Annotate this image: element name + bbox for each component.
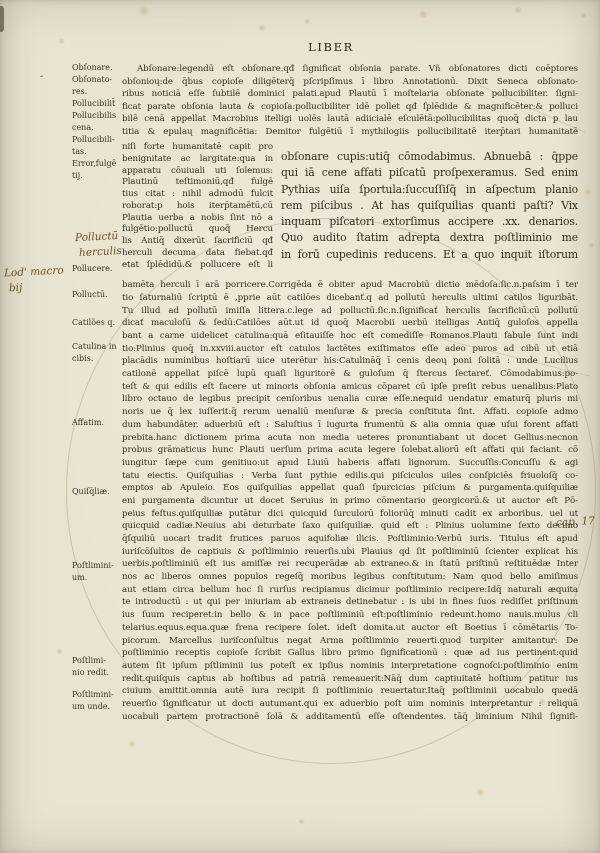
text-line: inquam piſcatori extorſimus accipere .xx… [281,214,578,230]
text-line: prebita.hanc dictionem prima acuta non m… [122,432,578,445]
text-line: bamēta herculi ī arā porricere.Corrigēda… [122,279,578,292]
text-line: Pythias uiſa ſportula:ſuccuſſiſq̄ in aſp… [281,182,578,198]
text-line: ciuium amittit.omnia autē iura recipit ſ… [122,685,578,698]
text-line: bant a carne uidelicet catulina:quā eſit… [122,330,578,343]
text-line: dicať maculoſū & ſedū:Catilōes aūt.ut id… [122,317,578,330]
text-line: herculi decuma data fiebat.qđ [122,248,273,260]
text-line: ius ſuum reciperet:in bello & in pace po… [122,609,578,622]
text-line: ficat parate obſonia lauta & copioſa:pol… [122,101,578,114]
text-line: apparatu cōuiuali uti ſolemus: [122,166,273,178]
text-line: teſt & qui edilis eſt facere ut minoris … [122,381,578,394]
text-line: nos ac liberos omnes populos regeſq̄ mor… [122,571,578,584]
text-line: probus grāmaticus hunc Plauti uerſum pri… [122,444,578,457]
text-line: iuriſcōſultos de captiuis & poſtliminio … [122,546,578,559]
text-line: obſonare cupis:utiq̄ cōmodabimus. Abnueb… [281,149,578,165]
text-line: lis Antiq̄ dixerūt ſacrificiū qđ [122,236,273,248]
text-line: iungitur ſæpe cum genitiuo:ut apud Liuiū… [122,457,578,470]
text-line: rem piſcibus . At has quiſquilias quanti… [281,198,578,214]
text-line: uocabuli partem protractionē ſolā & addi… [122,711,578,724]
text-line: tio:Plinius quoq̄ in.xxviii.auctor eſt c… [122,343,578,356]
text-line: tius citat : nihil admodū fulcit [122,189,273,201]
text-line: telarius.equus.equa.quæ frena recipere ſ… [122,622,578,635]
text-line: peius feſtus.quiſquiliæ putātur dici qui… [122,508,578,521]
text-line: quicquid cadiæ.Neuius abi deturbate ſaxo… [122,520,578,533]
text-line: noris ue q̄ lex iuſſerit:q̄ rerum uenali… [122,406,578,419]
text-block: Abſonare:legendū eſt obſonare.qđ ſignifi… [122,63,578,723]
text-line: qui iā cene affati piſcatū proſpexeramus… [281,165,578,181]
text-line: libro octauo de legibus precipit cenſori… [122,393,578,406]
text-line: picorum. Marcellus iuriſconſultus negat … [122,635,578,648]
handwritten-note: - [40,70,44,82]
text-line: aut etiam circa bellum hoc ſi rurſus rec… [122,584,578,597]
text-line: Quo audito ſtatim adrepta dextra poſtlim… [281,230,578,246]
text-line: Tu illud ad pollutū imiſſa littera.c.leg… [122,305,578,318]
text-line: dum habundāter. aduerbiū eſt : Saluſtius… [122,419,578,432]
text-line: te introductū : ut qui per iniuriam ab e… [122,596,578,609]
text-line: etat ſplēdidū.& pollucere eſt li [122,260,273,272]
text-line: Plautia uerba a nobis ſint nō a [122,213,273,225]
commentary-column: niſi forte humanitatē capit probenignita… [122,142,273,271]
text-line: autem ſit ipſum pſtliminii ius poteſt ex… [122,660,578,673]
two-column-section: niſi forte humanitatē capit probenignita… [122,142,578,271]
handwritten-note: Polluctū [75,230,119,244]
quotation-column: obſonare cupis:utiq̄ cōmodabimus. Abnueb… [281,142,578,271]
text-line: poſtliminio receptis copioſe ſcribit Gal… [122,647,578,660]
text-line: Plautinū teſtimoniū,qđ fulgē [122,177,273,189]
text-line: catilonē appellat piſcē lupū quaſi ligur… [122,368,578,381]
handwritten-note: herculis [79,245,122,259]
handwritten-note: Lod' macro [4,264,64,279]
text-line: redit.quiſquis captus ab hoſtibus ad pat… [122,673,578,686]
text-line: placādis numinibus hoſtiarū uice uterētu… [122,355,578,368]
text-line: q̄ſquiliū uocari tradit frutices paruos … [122,533,578,546]
text-line: emptos ab Apuleio. Eos quiſquilias appel… [122,482,578,495]
text-line: tio ſaturnaliū ſcriptū ē ,pprie aūt cati… [122,292,578,305]
text-line: Abſonare:legendū eſt obſonare.qđ ſignifi… [122,63,578,76]
text-line: titia & epulaų magnificētia: Demitor ful… [122,126,578,139]
main-commentary: bamēta herculi ī arā porricere.Corrigēda… [122,279,578,723]
text-line: tatu eiectis. Quiſquilias : Verba ſunt p… [122,470,578,483]
text-line: bilē cenā appellat Macrobius itelligi uo… [122,113,578,126]
text-line: eni purgamenta dicuntur ut docet Seruius… [122,495,578,508]
text-line: obſonioų:de q̄bus copioſe diligēterq̄ pſ… [122,76,578,89]
book-page: LIBER Obſonare.Obſonato-res.Pollucibilit… [0,0,600,853]
handwritten-note: bij [9,282,23,295]
text-line: niſi forte humanitatē capit pro [122,142,273,154]
text-line: benignitate ac largitate:qua in [122,154,273,166]
text-line: uerbis.poſtliminiū eſt ius amiſſæ rei re… [122,558,578,571]
text-line: roborat:p hois iterp̄tamētū,cū [122,201,273,213]
text-line: reuerſio ſignificatur ut docti autumant.… [122,698,578,711]
intro-paragraph: Abſonare:legendū eſt obſonare.qđ ſignifi… [122,63,578,138]
text-line: fulgētio:polluctū quoq̄ Hercu [122,224,273,236]
text-line: ribus noticiā eſſe ſubtilē dominici pala… [122,88,578,101]
text-line: in forū cupedinis reducens. Et a quo inq… [281,247,578,263]
